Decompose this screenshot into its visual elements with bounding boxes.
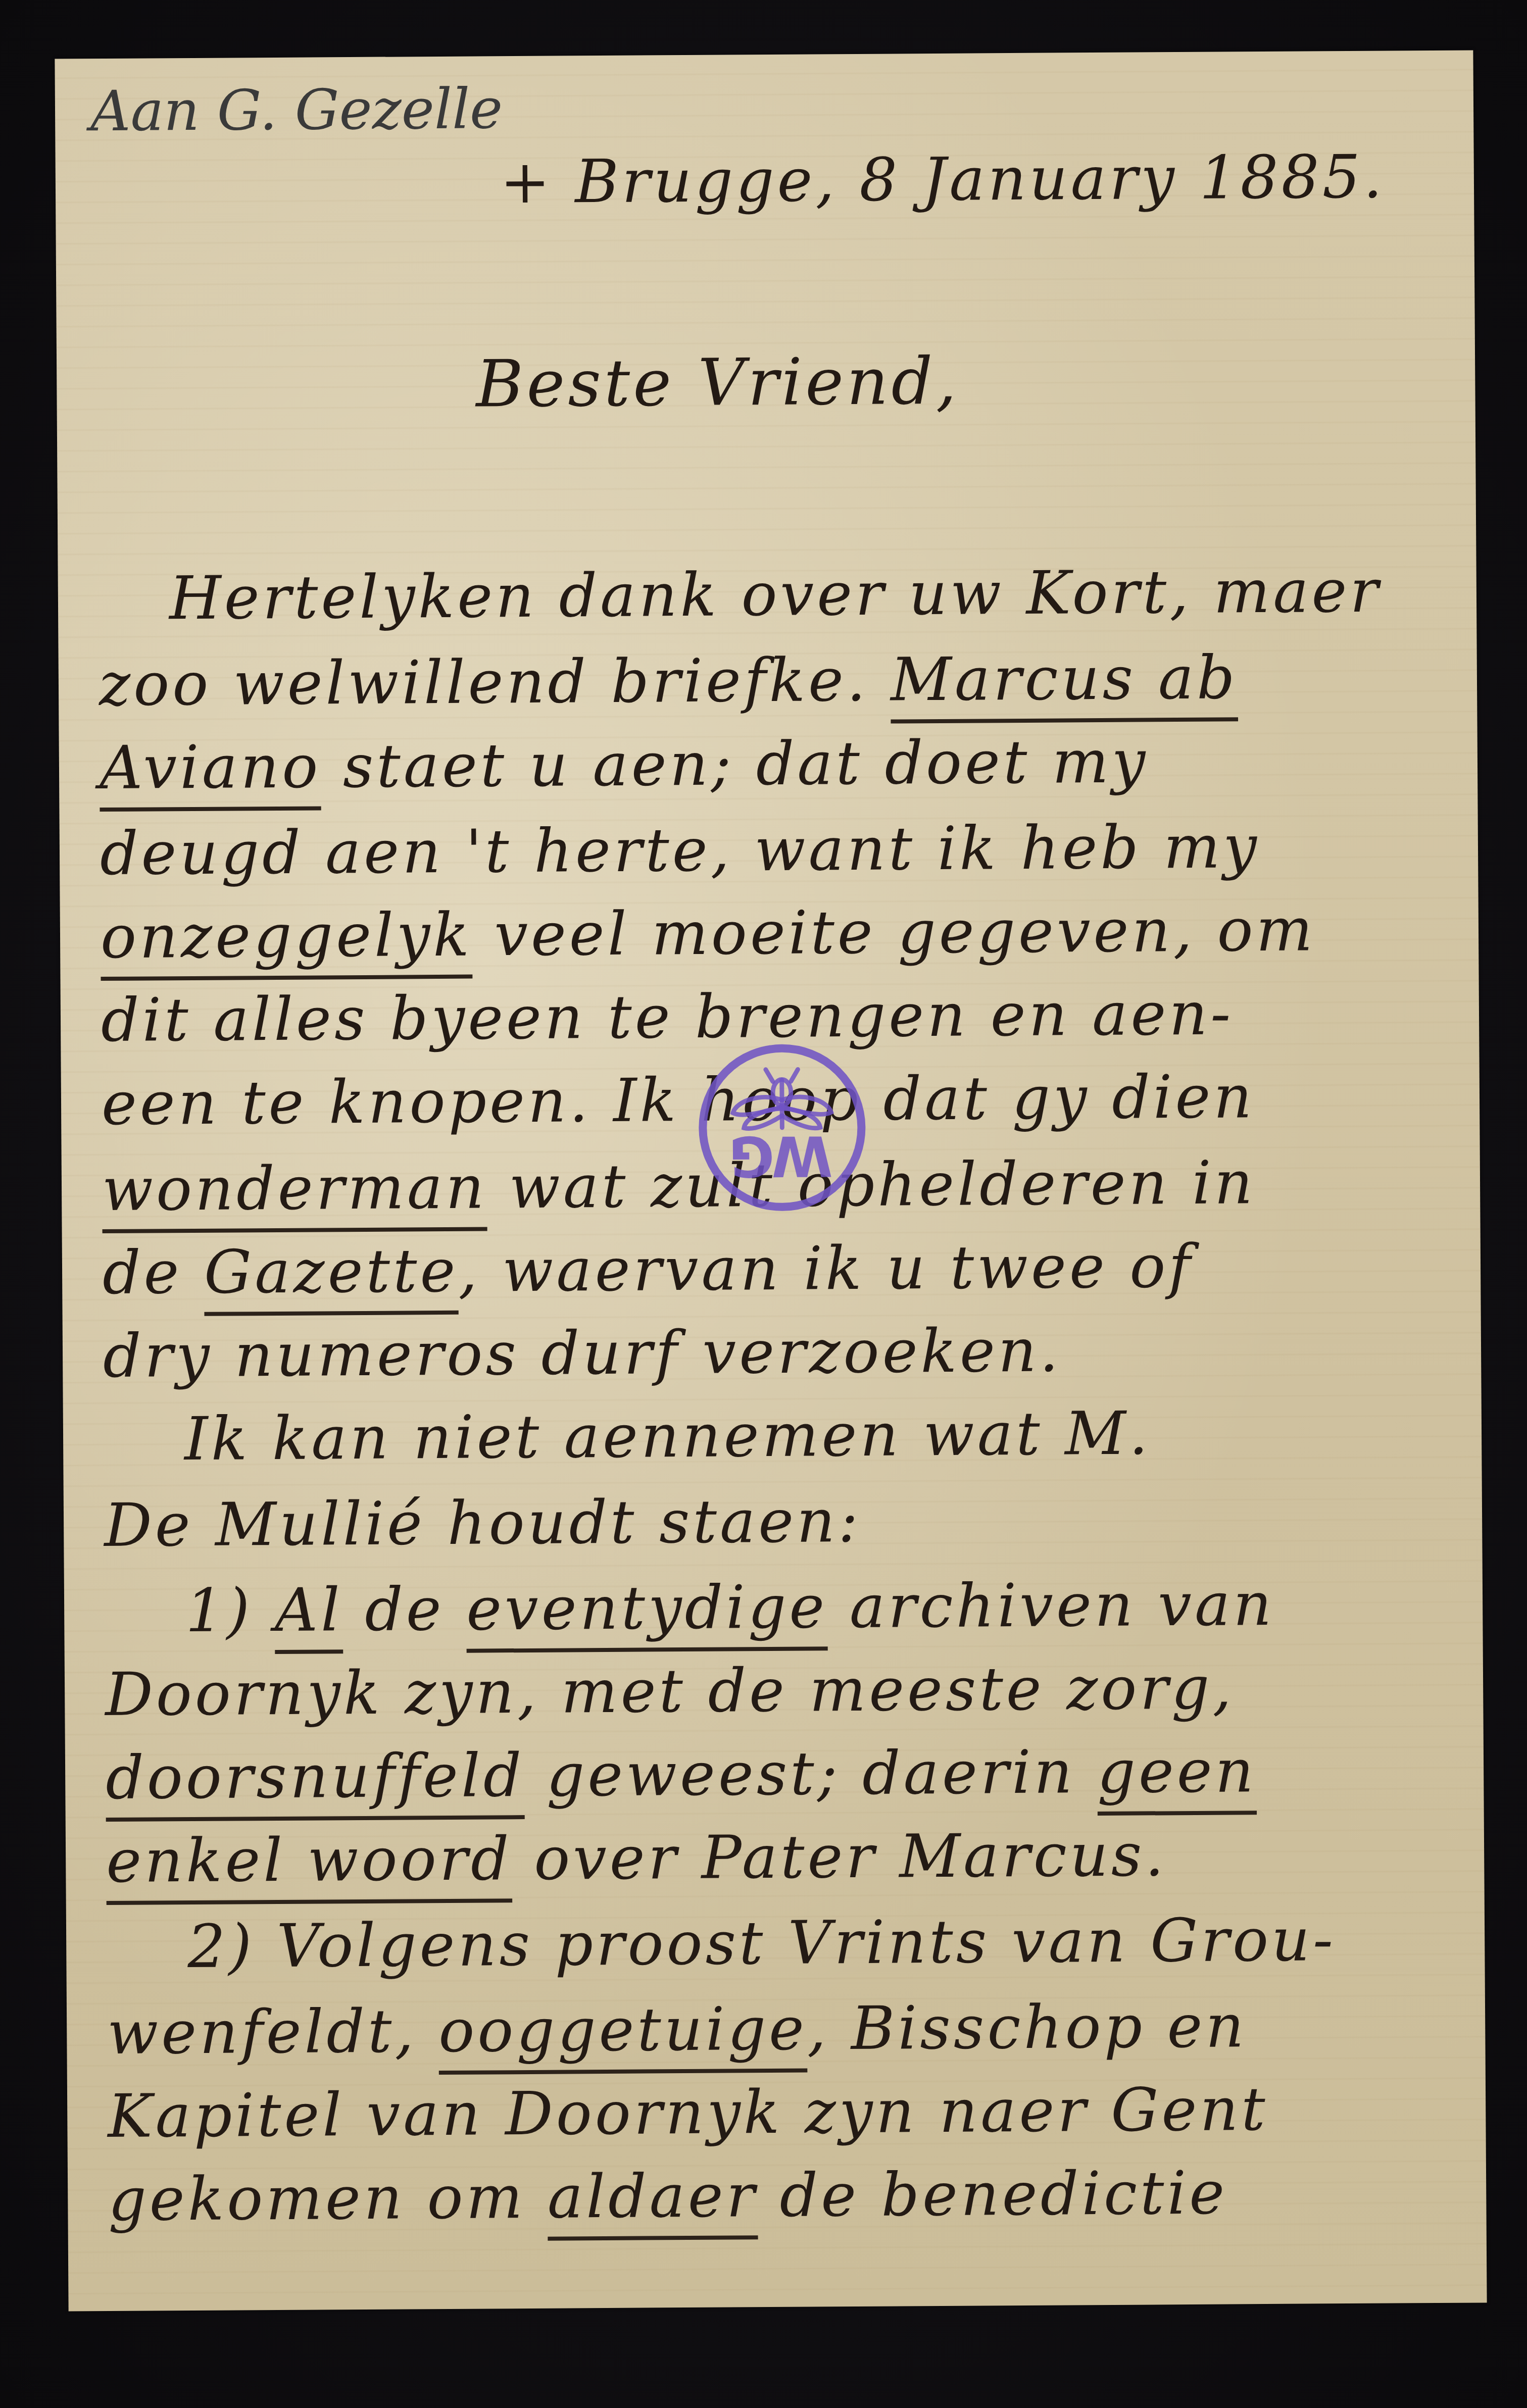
- body-line-18: wenfeldt, ooggetuige, Bisschop en: [107, 1991, 1247, 2068]
- underlined-enkel-woord: enkel woord: [106, 1824, 512, 1896]
- body-line-2: zoo welwillend briefke. Marcus ab: [99, 642, 1238, 719]
- body-line-14: Doornyk zyn, met de meeste zorg,: [105, 1652, 1235, 1729]
- letter-sheet: Aan G. Gezelle + Brugge, 8 January 1885.…: [55, 50, 1487, 2311]
- body-line-8: wonderman wat zult ophelderen in: [102, 1147, 1256, 1224]
- body-line-9: de Gazette, waervan ik u twee of: [103, 1231, 1194, 1308]
- salutation: Beste Vriend,: [476, 344, 960, 422]
- stamp-monogram: WG: [707, 1128, 858, 1184]
- body-line-15: doorsnuffeld geweest; daerin geen: [106, 1736, 1257, 1813]
- body-line-12: De Mullié houdt staen:: [104, 1486, 862, 1560]
- body-line-11: Ik kan niet aennemen wat M.: [184, 1398, 1151, 1474]
- underlined-ooggetuige: ooggetuige: [438, 1994, 807, 2066]
- body-line-3: Aviano staet u aen; dat doet my: [100, 726, 1149, 802]
- body-line-16: enkel woord over Pater Marcus.: [106, 1820, 1167, 1896]
- underlined-wonderman: wonderman: [102, 1152, 487, 1224]
- body-line-17: 2) Volgens proost Vrints van Grou-: [187, 1904, 1336, 1981]
- underlined-geen: geen: [1097, 1736, 1257, 1807]
- underlined-onzeggelyk: onzeggelyk: [101, 900, 473, 972]
- underlined-doorsnuffeld: doorsnuffeld: [106, 1740, 525, 1813]
- underlined-marcus-ab: Marcus ab: [891, 642, 1238, 714]
- body-line-19: Kapitel van Doornyk zyn naer Gent: [108, 2074, 1268, 2151]
- body-line-1: Hertelyken dank over uw Kort, maer: [169, 556, 1382, 633]
- place-date-line: + Brugge, 8 January 1885.: [500, 142, 1385, 217]
- body-line-10: dry numeros durf verzoeken.: [103, 1315, 1062, 1391]
- body-line-6: dit alles byeen te brengen en aen-: [101, 978, 1234, 1055]
- underlined-aldaer: aldaer: [547, 2161, 758, 2232]
- library-stamp: WG: [698, 1044, 866, 1212]
- underlined-aviano: Aviano: [100, 731, 321, 802]
- underlined-al: Al: [274, 1575, 343, 1645]
- recipient-annotation: Aan G. Gezelle: [90, 76, 503, 143]
- body-line-13: 1) Al de eventydige archiven van: [185, 1569, 1275, 1645]
- body-line-20: gekomen om aldaer de benedictie: [108, 2158, 1228, 2235]
- body-line-7: een te knopen. Ik hoop dat gy dien: [102, 1062, 1255, 1138]
- body-line-4: deugd aen 't herte, want ik heb my: [100, 812, 1260, 888]
- body-line-5: onzeggelyk veel moeite gegeven, om: [101, 894, 1316, 972]
- underlined-gazette: Gazette: [204, 1236, 459, 1307]
- underlined-eventydige: eventydige: [466, 1572, 828, 1643]
